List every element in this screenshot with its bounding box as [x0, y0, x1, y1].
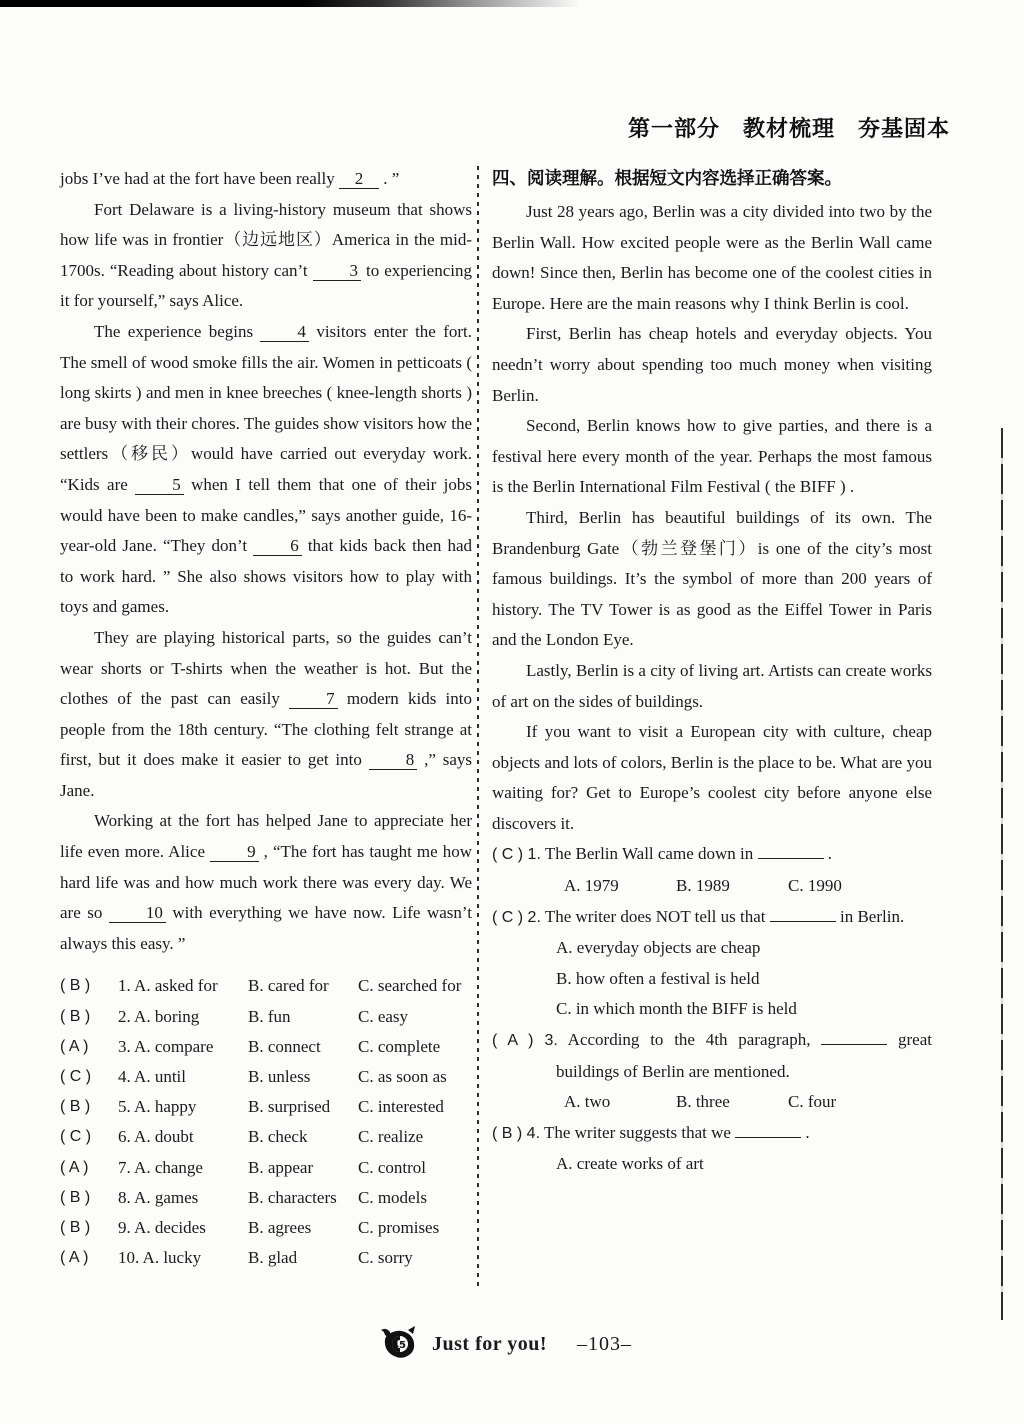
cloze-blank: 3 [313, 262, 362, 281]
passage-paragraph: Second, Berlin knows how to give parties… [492, 411, 932, 503]
cloze-blank: 8 [369, 751, 418, 770]
option-c-cell: C. easy [358, 1002, 472, 1032]
option-b-cell: B. fun [248, 1002, 358, 1032]
page-header-title: 第一部分 教材梳理 夯基固本 [628, 112, 938, 143]
scan-artifact-right-edge [1001, 428, 1003, 1320]
option-a-cell: 1. A. asked for [118, 971, 248, 1001]
option-a-cell: 9. A. decides [118, 1213, 248, 1243]
option-b-cell: B. check [248, 1122, 358, 1152]
left-column: jobs I’ve had at the fort have been real… [60, 164, 472, 1273]
option-row: ( B )2. A. boringB. funC. easy [60, 1002, 472, 1032]
berlin-passage: Just 28 years ago, Berlin was a city div… [492, 197, 932, 839]
question: ( B ) 4. The writer suggests that we .A.… [492, 1118, 932, 1180]
passage-paragraph: If you want to visit a European city wit… [492, 717, 932, 839]
option-c-cell: C. realize [358, 1122, 472, 1152]
option-a-cell: 8. A. games [118, 1183, 248, 1213]
blank-line [821, 1030, 887, 1045]
question: ( C ) 2. The writer does NOT tell us tha… [492, 902, 932, 1025]
question-stem: According to the 4th paragraph, great bu… [556, 1030, 932, 1081]
choices-row: A. 1979B. 1989C. 1990 [492, 871, 932, 902]
option-b-cell: B. connect [248, 1032, 358, 1062]
option-c-cell: C. interested [358, 1092, 472, 1122]
choice: A. create works of art [492, 1149, 932, 1180]
passage-paragraph: Third, Berlin has beautiful buildings of… [492, 503, 932, 656]
answer-prefix: ( B ) 4. [492, 1125, 540, 1142]
option-a-cell: 4. A. until [118, 1062, 248, 1092]
option-row: ( A )10. A. luckyB. gladC. sorry [60, 1243, 472, 1273]
choice: A. two [564, 1087, 676, 1118]
answer-cell: ( B ) [60, 1002, 118, 1032]
cloze-blank: 2 [339, 170, 379, 189]
passage-paragraph: The experience begins 4 visitors enter t… [60, 317, 472, 623]
cloze-blank: 6 [253, 537, 302, 556]
option-c-cell: C. promises [358, 1213, 472, 1243]
answer-cell: ( B ) [60, 1213, 118, 1243]
answer-cell: ( A ) [60, 1032, 118, 1062]
right-column: 四、阅读理解。根据短文内容选择正确答案。 Just 28 years ago, … [492, 164, 932, 1180]
option-b-cell: B. appear [248, 1153, 358, 1183]
cloze-blank: 7 [289, 690, 338, 709]
choice: C. four [788, 1087, 836, 1118]
answer-prefix: ( A ) 3. [492, 1032, 558, 1049]
choice: C. in which month the BIFF is held [492, 994, 932, 1025]
svg-text:45: 45 [392, 1340, 406, 1351]
option-b-cell: B. characters [248, 1183, 358, 1213]
cloze-blank: 10 [109, 904, 166, 923]
option-a-cell: 10. A. lucky [118, 1243, 248, 1273]
answer-cell: ( B ) [60, 971, 118, 1001]
cloze-blank: 9 [210, 843, 259, 862]
passage-paragraph: Fort Delaware is a living-history museum… [60, 195, 472, 317]
choices-row: A. twoB. threeC. four [492, 1087, 932, 1118]
option-c-cell: C. as soon as [358, 1062, 472, 1092]
column-divider [477, 166, 479, 1290]
option-c-cell: C. sorry [358, 1243, 472, 1273]
option-c-cell: C. searched for [358, 971, 472, 1001]
question: ( C ) 1. The Berlin Wall came down in .A… [492, 839, 932, 901]
option-b-cell: B. surprised [248, 1092, 358, 1122]
option-row: ( A )3. A. compareB. connectC. complete [60, 1032, 472, 1062]
passage-paragraph: First, Berlin has cheap hotels and every… [492, 319, 932, 411]
option-b-cell: B. agrees [248, 1213, 358, 1243]
option-row: ( A )7. A. changeB. appearC. control [60, 1153, 472, 1183]
blank-line [735, 1122, 801, 1137]
option-a-cell: 2. A. boring [118, 1002, 248, 1032]
cloze-options-table: ( B )1. A. asked forB. cared forC. searc… [60, 971, 472, 1273]
passage-paragraph: Just 28 years ago, Berlin was a city div… [492, 197, 932, 319]
option-a-cell: 7. A. change [118, 1153, 248, 1183]
blank-line [758, 844, 824, 859]
blank-line [770, 906, 836, 921]
passage-paragraph: Working at the fort has helped Jane to a… [60, 806, 472, 959]
option-c-cell: C. control [358, 1153, 472, 1183]
option-row: ( B )9. A. decidesB. agreesC. promises [60, 1213, 472, 1243]
question-stem: The writer does NOT tell us that in Berl… [545, 907, 904, 926]
section-title: 四、阅读理解。根据短文内容选择正确答案。 [492, 164, 932, 195]
option-row: ( B )8. A. gamesB. charactersC. models [60, 1183, 472, 1213]
option-a-cell: 6. A. doubt [118, 1122, 248, 1152]
option-row: ( C )4. A. untilB. unlessC. as soon as [60, 1062, 472, 1092]
option-c-cell: C. complete [358, 1032, 472, 1062]
option-a-cell: 5. A. happy [118, 1092, 248, 1122]
choice: C. 1990 [788, 871, 842, 902]
option-a-cell: 3. A. compare [118, 1032, 248, 1062]
answer-cell: ( B ) [60, 1092, 118, 1122]
reading-questions: ( C ) 1. The Berlin Wall came down in .A… [492, 839, 932, 1180]
fort-passage: jobs I’ve had at the fort have been real… [60, 164, 472, 959]
option-c-cell: C. models [358, 1183, 472, 1213]
scan-artifact-top-edge [0, 0, 580, 7]
passage-paragraph: Lastly, Berlin is a city of living art. … [492, 656, 932, 717]
cloze-blank: 5 [135, 476, 184, 495]
question-stem: The writer suggests that we . [544, 1123, 810, 1142]
choice: A. 1979 [564, 871, 676, 902]
option-b-cell: B. cared for [248, 971, 358, 1001]
option-row: ( B )1. A. asked forB. cared forC. searc… [60, 971, 472, 1001]
answer-cell: ( B ) [60, 1183, 118, 1213]
choice: B. how often a festival is held [492, 964, 932, 995]
answer-cell: ( A ) [60, 1243, 118, 1273]
option-row: ( C )6. A. doubtB. checkC. realize [60, 1122, 472, 1152]
publisher-logo-icon: 45 [380, 1325, 420, 1363]
option-b-cell: B. unless [248, 1062, 358, 1092]
answer-cell: ( C ) [60, 1122, 118, 1152]
choice: A. everyday objects are cheap [492, 933, 932, 964]
answer-cell: ( C ) [60, 1062, 118, 1092]
scanned-workbook-page: 第一部分 教材梳理 夯基固本 jobs I’ve had at the fort… [0, 0, 1024, 1424]
choice: B. 1989 [676, 871, 788, 902]
page-footer: 45 Just for you! –103– [380, 1322, 632, 1366]
answer-cell: ( A ) [60, 1153, 118, 1183]
passage-paragraph: jobs I’ve had at the fort have been real… [60, 164, 472, 195]
question: ( A ) 3. According to the 4th paragraph,… [492, 1025, 932, 1118]
cloze-blank: 4 [260, 323, 309, 342]
choice: B. three [676, 1087, 788, 1118]
brand-text: Just for you! [432, 1333, 547, 1356]
answer-prefix: ( C ) 2. [492, 909, 541, 926]
question-stem: The Berlin Wall came down in . [545, 844, 832, 863]
option-row: ( B )5. A. happyB. surprisedC. intereste… [60, 1092, 472, 1122]
option-b-cell: B. glad [248, 1243, 358, 1273]
answer-prefix: ( C ) 1. [492, 846, 541, 863]
page-number: –103– [577, 1333, 632, 1356]
passage-paragraph: They are playing historical parts, so th… [60, 623, 472, 807]
